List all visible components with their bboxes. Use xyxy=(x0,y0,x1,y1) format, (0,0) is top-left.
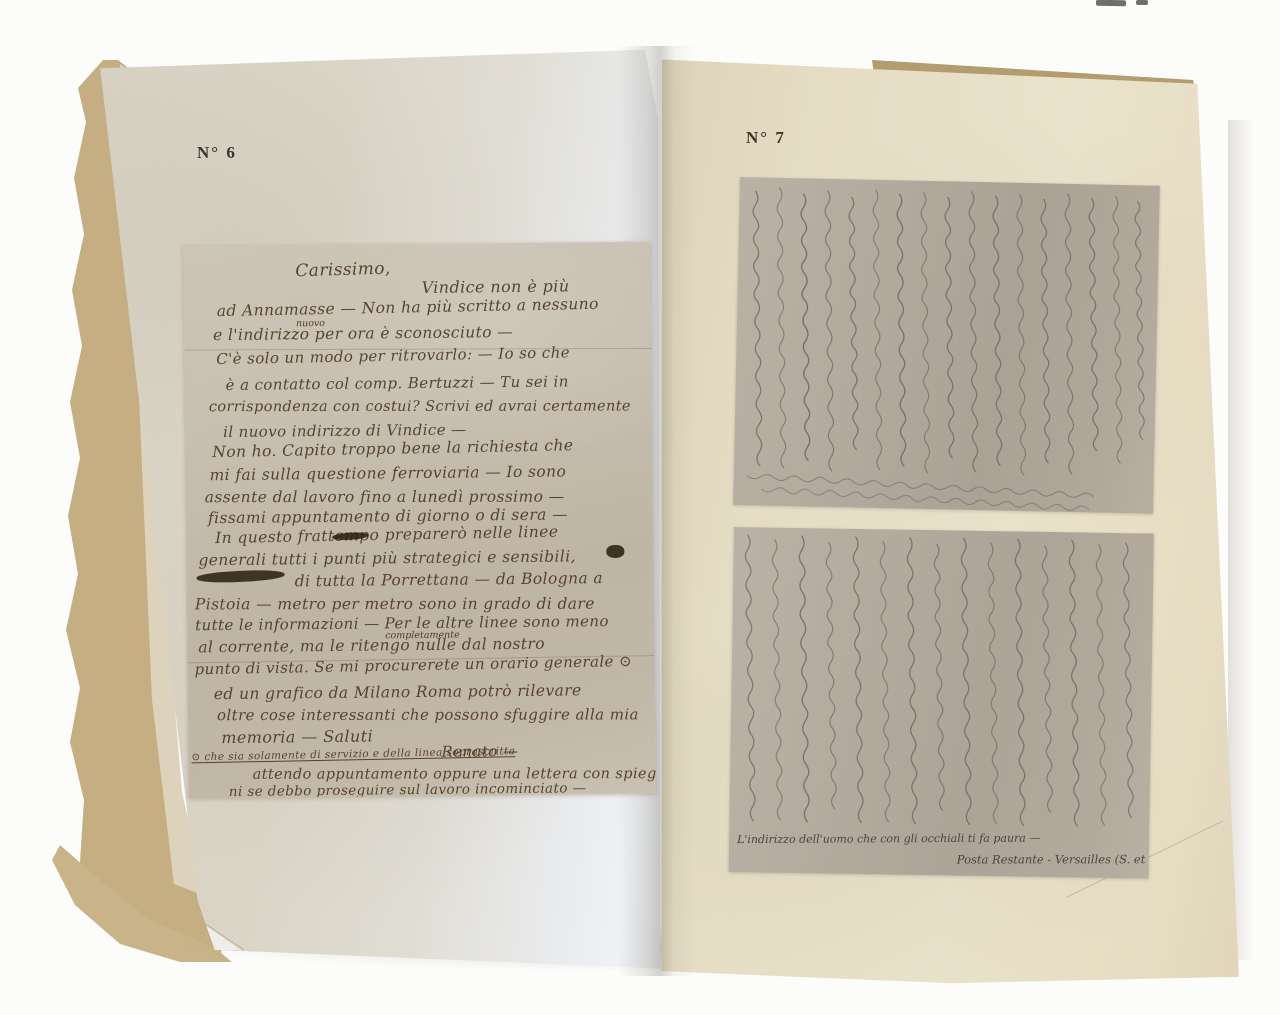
letter-line: C'è solo un modo per ritrovarlo: — Io so… xyxy=(216,343,570,368)
letter-line: punto di vista. Se mi procurerete un ora… xyxy=(194,652,632,678)
letter-line: oltre cose interessanti che possono sfug… xyxy=(217,705,639,724)
letter-line: ed un grafico da Milano Roma potrò rilev… xyxy=(214,681,582,703)
letter-line: mi fai sulla questione ferroviaria — Io … xyxy=(209,462,566,484)
top-edge-mark xyxy=(1136,0,1148,5)
page-number-label-right: N° 7 xyxy=(746,128,786,148)
letter-line: memoria — Saluti xyxy=(221,726,373,747)
letter-line: è a contatto col comp. Bertuzzi — Tu sei… xyxy=(225,372,568,394)
letter-plate-photo: Carissimo, Vindice non è più ad Annamass… xyxy=(183,242,656,799)
book-photograph: N° 6 N° 7 Carissimo, Vindice non è più a… xyxy=(0,0,1280,1015)
page-number-label-left: N° 6 xyxy=(197,143,237,163)
handwriting-squiggles xyxy=(729,527,1154,839)
photo-caption: L'indirizzo dell'uomo che con gli occhia… xyxy=(737,831,1040,846)
ink-blot xyxy=(606,545,624,558)
letter-line: Vindice non è più xyxy=(421,276,569,297)
ink-blot xyxy=(196,569,284,584)
letter-line: Carissimo, xyxy=(295,259,391,282)
letter-line: assente dal lavoro fino a lunedì prossim… xyxy=(205,488,565,507)
caption-posta-restante: Posta Restante - Versailles (S. et O.) xyxy=(957,852,1154,866)
handwriting-squiggles xyxy=(733,177,1160,514)
letter-line: attendo appuntamento oppure una lettera … xyxy=(253,766,656,783)
rotated-letter-photo-bottom: L'indirizzo dell'uomo che con gli occhia… xyxy=(729,527,1154,879)
letter-line: ad Annamasse — Non ha più scritto a ness… xyxy=(217,295,599,320)
letter-line: corrispondenza con costui? Scrivi ed avr… xyxy=(209,398,631,415)
letter-line: di tutta la Porrettana — da Bologna a xyxy=(295,569,604,590)
letter-line: generali tutti i punti più strategici e … xyxy=(198,547,576,569)
letter-line: al corrente, ma le ritengo nulle dal nos… xyxy=(198,635,545,657)
top-edge-mark xyxy=(1096,0,1126,6)
rotated-letter-photo-top xyxy=(733,177,1160,514)
letter-line: Pistoia — metro per metro sono in grado … xyxy=(195,595,595,614)
page-shadow xyxy=(1228,120,1258,960)
letter-line: e l'indirizzo per ora è sconosciuto — xyxy=(213,323,513,344)
letter-signature: Renato — xyxy=(441,742,518,761)
